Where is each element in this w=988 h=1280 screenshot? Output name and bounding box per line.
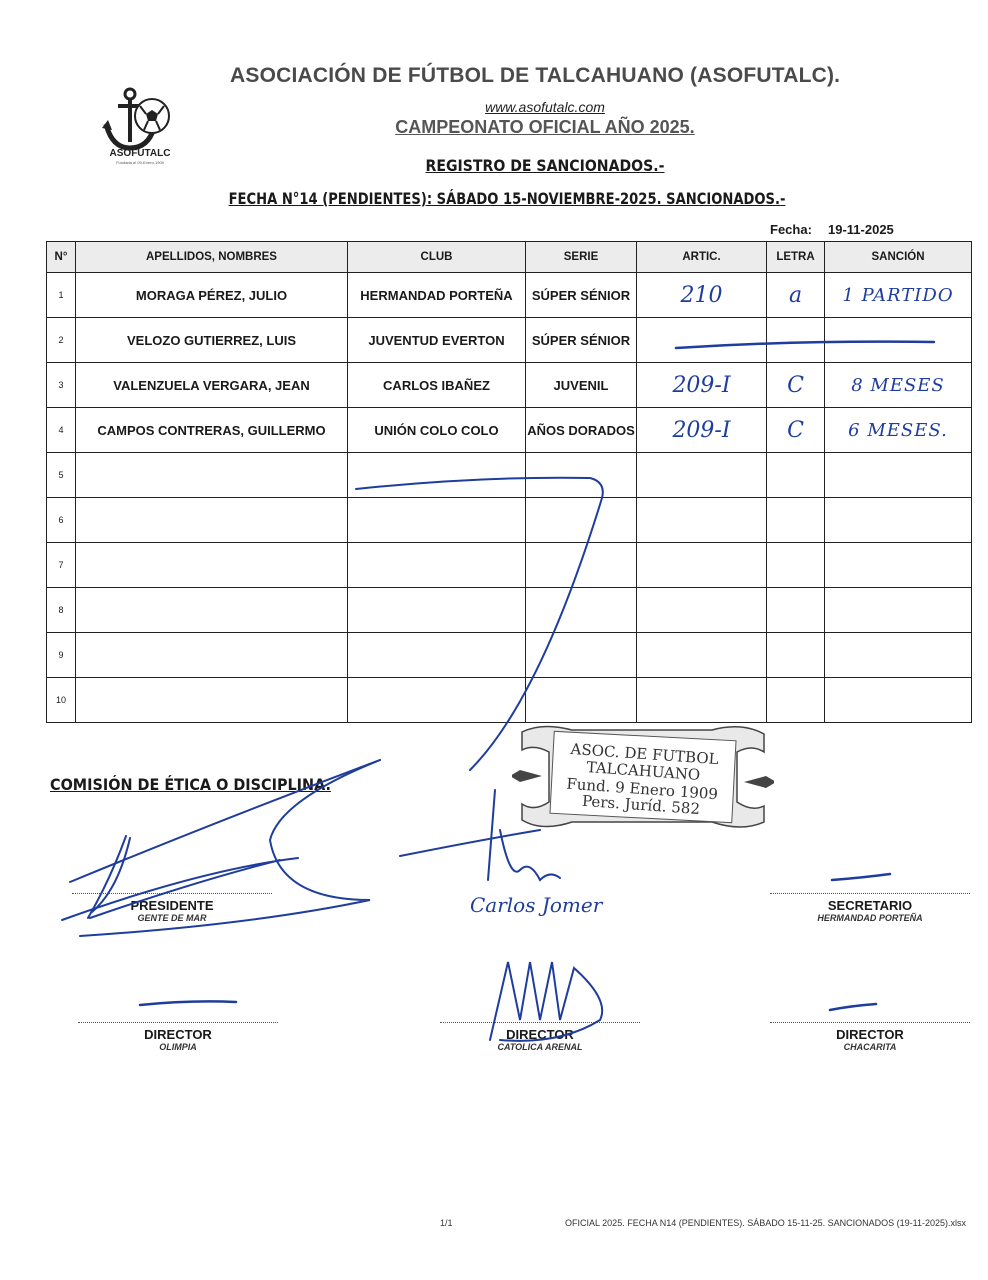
signature-club: HERMANDAD PORTEÑA [770,913,970,923]
player-club [348,678,526,723]
signature-club: GENTE DE MAR [72,913,272,923]
column-header-name: APELLIDOS, NOMBRES [76,242,348,273]
column-header-artic: ARTIC. [637,242,767,273]
row-number: 7 [47,543,76,588]
signature-role: DIRECTOR [78,1027,278,1042]
sanction-letter [767,633,825,678]
column-header-num: N° [47,242,76,273]
player-name [76,543,348,588]
signature-line [78,1022,278,1023]
player-name [76,678,348,723]
table-row: 4CAMPOS CONTRERAS, GUILLERMOUNIÓN COLO C… [47,408,972,453]
sanction-penalty [825,633,972,678]
page-number: 1/1 [440,1218,453,1228]
player-club: HERMANDAD PORTEÑA [348,273,526,318]
table-row: 10 [47,678,972,723]
player-serie [526,678,637,723]
row-number: 10 [47,678,76,723]
row-number: 5 [47,453,76,498]
sanction-article [637,543,767,588]
signature-line [72,893,272,894]
sanction-penalty [825,678,972,723]
sanction-penalty [825,588,972,633]
player-club [348,453,526,498]
sanction-penalty [825,543,972,588]
championship-title: CAMPEONATO OFICIAL AÑO 2025. [0,117,988,138]
sanction-article [637,588,767,633]
signature-club: CHACARITA [770,1042,970,1052]
sanction-article [637,318,767,363]
player-name: VELOZO GUTIERREZ, LUIS [76,318,348,363]
player-club [348,498,526,543]
player-name: CAMPOS CONTRERAS, GUILLERMO [76,408,348,453]
date-label: Fecha: [770,222,812,237]
player-name [76,633,348,678]
table-row: 1MORAGA PÉREZ, JULIOHERMANDAD PORTEÑASÚP… [47,273,972,318]
signature-director-olimpia: DIRECTOR OLIMPIA [78,1022,278,1052]
signature-line [770,1022,970,1023]
player-club: CARLOS IBAÑEZ [348,363,526,408]
signature-director-catolica: DIRECTOR CATOLICA ARENAL [440,1022,640,1052]
signature-role: PRESIDENTE [72,898,272,913]
sanction-letter: C [767,408,825,453]
sanction-letter: a [767,273,825,318]
player-name [76,588,348,633]
sanctions-table: N° APELLIDOS, NOMBRES CLUB SERIE ARTIC. … [46,241,972,723]
table-row: 6 [47,498,972,543]
table-row: 3VALENZUELA VERGARA, JEANCARLOS IBAÑEZJU… [47,363,972,408]
row-number: 8 [47,588,76,633]
column-header-letra: LETRA [767,242,825,273]
signature-role: DIRECTOR [440,1027,640,1042]
row-number: 6 [47,498,76,543]
sanction-penalty: 1 PARTIDO [825,273,972,318]
register-title: REGISTRO DE SANCIONADOS.- [65,156,988,175]
sanction-penalty [825,498,972,543]
sanction-penalty [825,318,972,363]
player-serie: JUVENIL [526,363,637,408]
signature-club: OLIMPIA [78,1042,278,1052]
row-number: 2 [47,318,76,363]
file-name: OFICIAL 2025. FECHA N14 (PENDIENTES). SÁ… [565,1218,966,1228]
player-club: JUVENTUD EVERTON [348,318,526,363]
row-number: 1 [47,273,76,318]
signature-presidente: PRESIDENTE GENTE DE MAR [72,893,272,923]
sanction-article [637,453,767,498]
commission-title: COMISIÓN DE ÉTICA O DISCIPLINA. [50,775,331,794]
column-header-club: CLUB [348,242,526,273]
player-serie [526,498,637,543]
player-serie [526,588,637,633]
handwritten-name: Carlos Jomer [470,893,604,917]
signature-line [770,893,970,894]
sanction-article: 210 [637,273,767,318]
player-serie [526,543,637,588]
player-serie: AÑOS DORADOS [526,408,637,453]
sanction-letter [767,318,825,363]
player-club [348,588,526,633]
table-row: 9 [47,633,972,678]
player-serie [526,453,637,498]
sanction-penalty: 6 MESES. [825,408,972,453]
sanction-letter [767,498,825,543]
player-club [348,543,526,588]
table-row: 8 [47,588,972,633]
column-header-sancion: SANCIÓN [825,242,972,273]
player-name: MORAGA PÉREZ, JULIO [76,273,348,318]
sanction-penalty [825,453,972,498]
match-date-title: FECHA N°14 (PENDIENTES): SÁBADO 15-NOVIE… [91,189,922,208]
sanction-letter [767,453,825,498]
organization-title: ASOCIACIÓN DE FÚTBOL DE TALCAHUANO (ASOF… [230,64,930,88]
signature-line [440,1022,640,1023]
column-header-serie: SERIE [526,242,637,273]
player-serie: SÚPER SÉNIOR [526,273,637,318]
sanction-letter: C [767,363,825,408]
sanction-letter [767,588,825,633]
official-stamp: ASOC. DE FUTBOL TALCAHUANO Fund. 9 Enero… [512,722,774,832]
table-row: 5 [47,453,972,498]
player-serie [526,633,637,678]
table-row: 2VELOZO GUTIERREZ, LUISJUVENTUD EVERTONS… [47,318,972,363]
player-club: UNIÓN COLO COLO [348,408,526,453]
player-name: VALENZUELA VERGARA, JEAN [76,363,348,408]
table-header-row: N° APELLIDOS, NOMBRES CLUB SERIE ARTIC. … [47,242,972,273]
player-name [76,498,348,543]
table-row: 7 [47,543,972,588]
website-link[interactable]: www.asofutalc.com [0,99,988,115]
sanction-letter [767,678,825,723]
sanction-article: 209-I [637,363,767,408]
sanction-article: 209-I [637,408,767,453]
signature-role: DIRECTOR [770,1027,970,1042]
signature-role: SECRETARIO [770,898,970,913]
player-name [76,453,348,498]
row-number: 9 [47,633,76,678]
sanction-letter [767,543,825,588]
player-club [348,633,526,678]
sanction-article [637,498,767,543]
signature-club: CATOLICA ARENAL [440,1042,640,1052]
row-number: 3 [47,363,76,408]
signature-secretario: SECRETARIO HERMANDAD PORTEÑA [770,893,970,923]
sanction-penalty: 8 MESES [825,363,972,408]
row-number: 4 [47,408,76,453]
date-value: 19-11-2025 [828,222,894,237]
sanction-article [637,633,767,678]
signature-director-chacarita: DIRECTOR CHACARITA [770,1022,970,1052]
sanction-article [637,678,767,723]
player-serie: SÚPER SÉNIOR [526,318,637,363]
